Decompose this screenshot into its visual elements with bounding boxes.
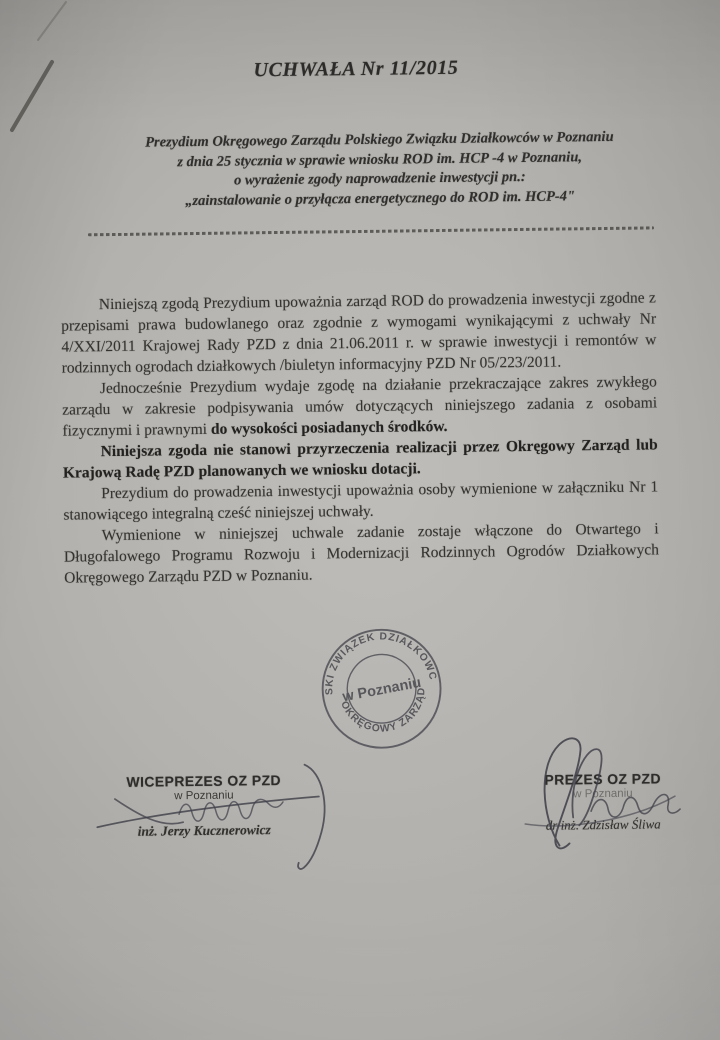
paragraph-text: Prezydium do prowadzenia inwestycji upow…: [63, 478, 658, 523]
left-signature-block: WICEPREZES OZ PZD w Poznaniu inż. Jerzy …: [89, 772, 320, 841]
body-paragraph: Niniejszą zgodą Prezydium upoważnia zarz…: [61, 287, 657, 378]
document-body: Niniejszą zgodą Prezydium upoważnia zarz…: [61, 287, 660, 588]
body-paragraph: Niniejsza zgoda nie stanowi przyrzeczeni…: [63, 434, 658, 483]
signature-name: inż. Jerzy Kucznerowicz: [89, 822, 319, 841]
signature-subtitle: w Poznaniu: [497, 787, 709, 802]
paragraph-text: Wymienione w niniejszej uchwale zadanie …: [64, 520, 659, 586]
dashed-divider: [88, 226, 654, 236]
body-paragraph: Prezydium do prowadzenia inwestycji upow…: [63, 476, 658, 525]
right-signature-block: PREZES OZ PZD w Poznaniu dr inż. Zdzisła…: [497, 770, 710, 835]
official-stamp: POLSKI ZWIĄZEK DZIAŁKOWCÓW OKRĘGOWY ZARZ…: [294, 601, 469, 776]
paragraph-text-bold: do wysokości posiadanych środków.: [211, 418, 448, 438]
paragraph-text: Niniejszą zgodą Prezydium upoważnia zarz…: [61, 289, 656, 376]
paragraph-text-bold: Niniejsza zgoda nie stanowi przyrzeczeni…: [63, 436, 658, 481]
stamp-center-text: w Poznaniu: [340, 675, 422, 706]
signature-subtitle: w Poznaniu: [89, 789, 319, 804]
document-title: UCHWAŁA Nr 11/2015: [0, 54, 716, 86]
body-paragraph: Jednocześnie Prezydium wydaje zgodę na d…: [62, 371, 658, 441]
signature-name: dr inż. Zdzisław Śliwa: [497, 816, 709, 835]
signature-title: PREZES OZ PZD: [497, 770, 709, 789]
scanned-document-page: UCHWAŁA Nr 11/2015 Prezydium Okręgowego …: [0, 0, 720, 1040]
document-heading: Prezydium Okręgowego Zarządu Polskiego Z…: [92, 127, 668, 212]
signature-title: WICEPREZES OZ PZD: [89, 772, 319, 791]
body-paragraph: Wymienione w niniejszej uchwale zadanie …: [64, 518, 660, 588]
